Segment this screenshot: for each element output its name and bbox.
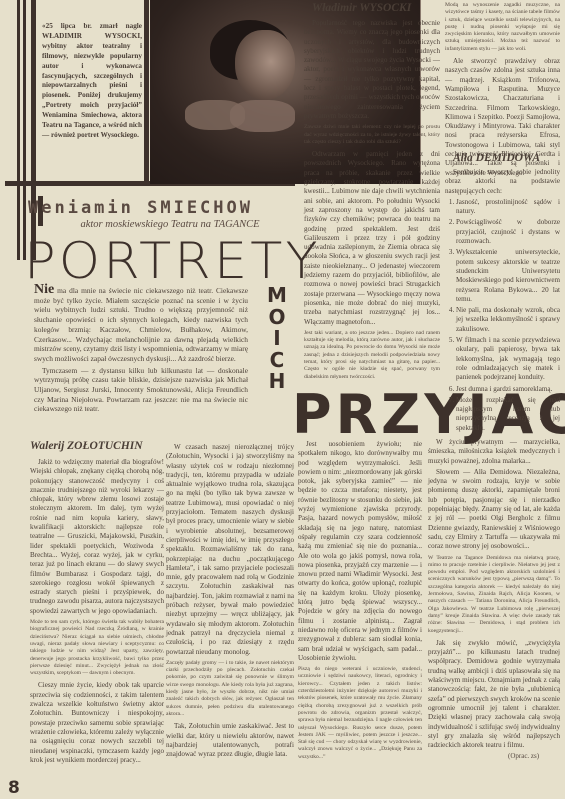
list-item: W życiu prywatnym — marzycielka, śmieszk… <box>428 438 560 466</box>
lead-paragraph: Tymczasem — z dystansu kilku lub kilkuna… <box>34 366 248 415</box>
title-portrety: PORTRETY <box>24 232 321 290</box>
wysocki-paragraph: Odtwarzam w pamięci jeden z dni powszedn… <box>304 150 440 327</box>
wysocki-paragraph: Jest uosobieniem żywiołu; nie spotkałem … <box>298 440 422 663</box>
zolotuchin-paragraph: Tak, Zołotuchin umie zaskakiwać. Jest to… <box>166 722 294 759</box>
wysocki-aside: Modą na wynoszenie zagadki muzyczne, na … <box>445 2 560 53</box>
wysocki-aside: Piszą do niego weterani i uczniowie, stu… <box>298 666 422 761</box>
page-number: 8 <box>8 778 20 798</box>
demidowa-intro: Spróbujcie stworzyć sobie jednolity obra… <box>445 168 560 196</box>
zolotuchin-continued: W czasach naszej nierozłącznej trójcy (Z… <box>166 443 294 761</box>
title-moich: M O I C H <box>262 285 292 393</box>
list-item: Powściągliwość w doborze przyjaciół, czu… <box>456 218 560 246</box>
list-item: W filmach i na scenie przywdziewa okular… <box>456 336 560 382</box>
demidowa-paragraph: Jak się zwykło mówić, „zwyciężyła przyja… <box>428 639 560 751</box>
wysocki-aside: Zawsze dziwi mnie taki element: czy nie … <box>304 124 440 146</box>
wysocki-paragraph: Popularność tego nazwiska jest obecnie b… <box>304 19 440 121</box>
section-heading-wysocki: Władimir WYSOCKI <box>312 2 440 14</box>
zolotuchin-paragraph: Jakiż to wdzięczny materiał dla biografó… <box>30 458 164 616</box>
wysocki-aside: Jest taki wariant, a oto jeszcze jeden..… <box>304 330 440 381</box>
lead-paragraph: ma dla mnie na świecie nic ciekawszego n… <box>34 286 248 363</box>
zolotuchin-aside: Zaczęły padały gromy — i to takie, że na… <box>166 660 294 718</box>
decorative-rule <box>31 0 36 260</box>
title-letter: C <box>262 350 292 372</box>
credit-line: (Oprac. zs) <box>508 752 539 760</box>
demidowa-continued: W życiu prywatnym — marzycielka, śmieszk… <box>428 438 560 752</box>
zolotuchin-aside: Może to ten sam cyrk, którego świetła ta… <box>30 619 164 677</box>
demidowa-paragraph: Słowem — Alła Demidowa. Niezależna, jedy… <box>428 468 560 552</box>
author-subtitle: aktor moskiewskiego Teatru na TAGANCE <box>50 219 290 230</box>
demidowa-aside: W Teatrze na Tagance Demidowa ma niełatw… <box>428 555 560 635</box>
title-letter: I <box>262 328 292 350</box>
lead-text: Nie ma dla mnie na świecie nic ciekawsze… <box>34 285 248 416</box>
section-heading-demidowa: Alła DEMIDOWA <box>453 152 560 164</box>
wysocki-bottom: Jest uosobieniem żywiołu; nie spotkałem … <box>298 440 422 765</box>
list-item: Jasność, prostolinijność sądów i natury. <box>456 198 560 217</box>
list-item: Może rozpłakać się nad najgłupszym liste… <box>456 396 560 433</box>
zolotuchin-paragraph: Cieszy mnie życie, kiedy obok tak uparci… <box>30 681 164 765</box>
title-letter: O <box>262 307 292 329</box>
photo-hand <box>230 100 295 132</box>
decorative-rule <box>144 0 149 184</box>
author-name: Weniamin SMIECHOW <box>28 198 300 218</box>
wysocki-section: Władimir WYSOCKI Popularność tego nazwis… <box>300 2 440 385</box>
title-letter: M <box>262 285 292 307</box>
demidowa-section: Alła DEMIDOWA Spróbujcie stworzyć sobie … <box>445 152 560 435</box>
demidowa-traits-list: Jasność, prostolinijność sądów i natury.… <box>445 198 560 433</box>
title-letter: H <box>262 371 292 393</box>
list-item: Wykształcenie uniwersyteckie, potem sukc… <box>456 248 560 304</box>
zolotuchin-paragraph: W czasach naszej nierozłącznej trójcy (Z… <box>166 443 294 657</box>
decorative-rule <box>23 0 26 260</box>
decorative-rule <box>17 0 20 260</box>
photo-face <box>235 30 295 100</box>
list-item: Nie pali, ma doskonały wzrok, obca jej w… <box>456 306 560 334</box>
intro-note: «25 lipca br. zmarł nagle WŁADIMIR WYSOC… <box>42 22 142 141</box>
zolotuchin-section: Walerij ZOŁOTUCHIN Jakiż to wdzięczny ma… <box>30 440 164 767</box>
list-item: Jest dumna i gardzi samoreklamą. <box>456 385 560 394</box>
section-heading-zolotuchin: Walerij ZOŁOTUCHIN <box>30 440 164 452</box>
